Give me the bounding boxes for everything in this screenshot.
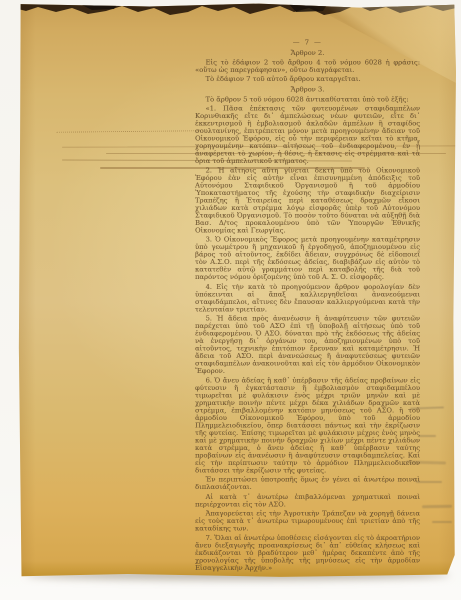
paragraph: Ἀπαγορεύεται εἰς τὴν Ἀγροτικὴν Τράπεζαν … (195, 510, 420, 533)
paragraph: Αἱ κατὰ τ᾽ ἀνωτέρω ἐπιβαλλόμεναι χρηματι… (195, 493, 420, 508)
paragraph: 4. Εἰς τὴν κατὰ τὸ προηγούμενον ἄρθρον φ… (195, 283, 420, 313)
scribble-mark (56, 130, 201, 136)
pencil-mark (422, 505, 452, 509)
text-column: — 7 — Ἄρθρον 2.Εἰς τὸ ἐδάφιον 2 τοῦ ἄρθρ… (195, 39, 420, 572)
paragraph: 2. Ἡ αἴτησις αὕτη γίνεται δεκτὴ ὑπὸ τοῦ … (195, 167, 420, 235)
pencil-mark (432, 521, 452, 523)
paragraph: 3. Ὁ Οἰκονομικὸς Ἔφορος μετὰ προηγουμένη… (195, 236, 420, 281)
paragraph: 6. Ὁ ἄνευ ἀδείας ἢ καθ᾽ ὑπέρβασιν τῆς ἀδ… (195, 377, 420, 475)
paragraph: 7. Ὅλαι αἱ ἀνωτέρω ὑποθέσεις εἰσάγονται … (195, 534, 420, 572)
document-body: Ἄρθρον 2.Εἰς τὸ ἐδάφιον 2 τοῦ ἄρθρου 4 τ… (195, 50, 420, 572)
paragraph: Τὸ ἐδάφιον 7 τοῦ αὐτοῦ ἄρθρου καταργεῖτα… (195, 76, 420, 84)
article-heading: Ἄρθρον 2. (195, 50, 420, 58)
paragraph: Εἰς τὸ ἐδάφιον 2 τοῦ ἄρθρου 4 τοῦ νόμου … (195, 59, 420, 74)
paragraph: «1. Πᾶσα ἐπέκτασις τῶν φυτευομένων σταφι… (195, 105, 420, 165)
article-heading: Ἄρθρον 3. (195, 86, 420, 94)
paragraph: 5. Ἡ ἄδεια πρὸς ἀνανέωσιν ἢ ἀναφύτευσιν … (195, 315, 420, 375)
page-number: — 7 — (195, 39, 420, 47)
scan-background: { "colors": { "paper": "#dcbb74", "ink":… (0, 0, 461, 600)
pencil-mark (418, 435, 436, 437)
paragraph: Τὸ ἄρθρον 5 τοῦ νόμου 6028 ἀντικαθίστατα… (195, 96, 420, 104)
paragraph: Ἐν περιπτώσει ὑποτροπῆς ὅμως ἐν γένει αἱ… (195, 476, 420, 491)
